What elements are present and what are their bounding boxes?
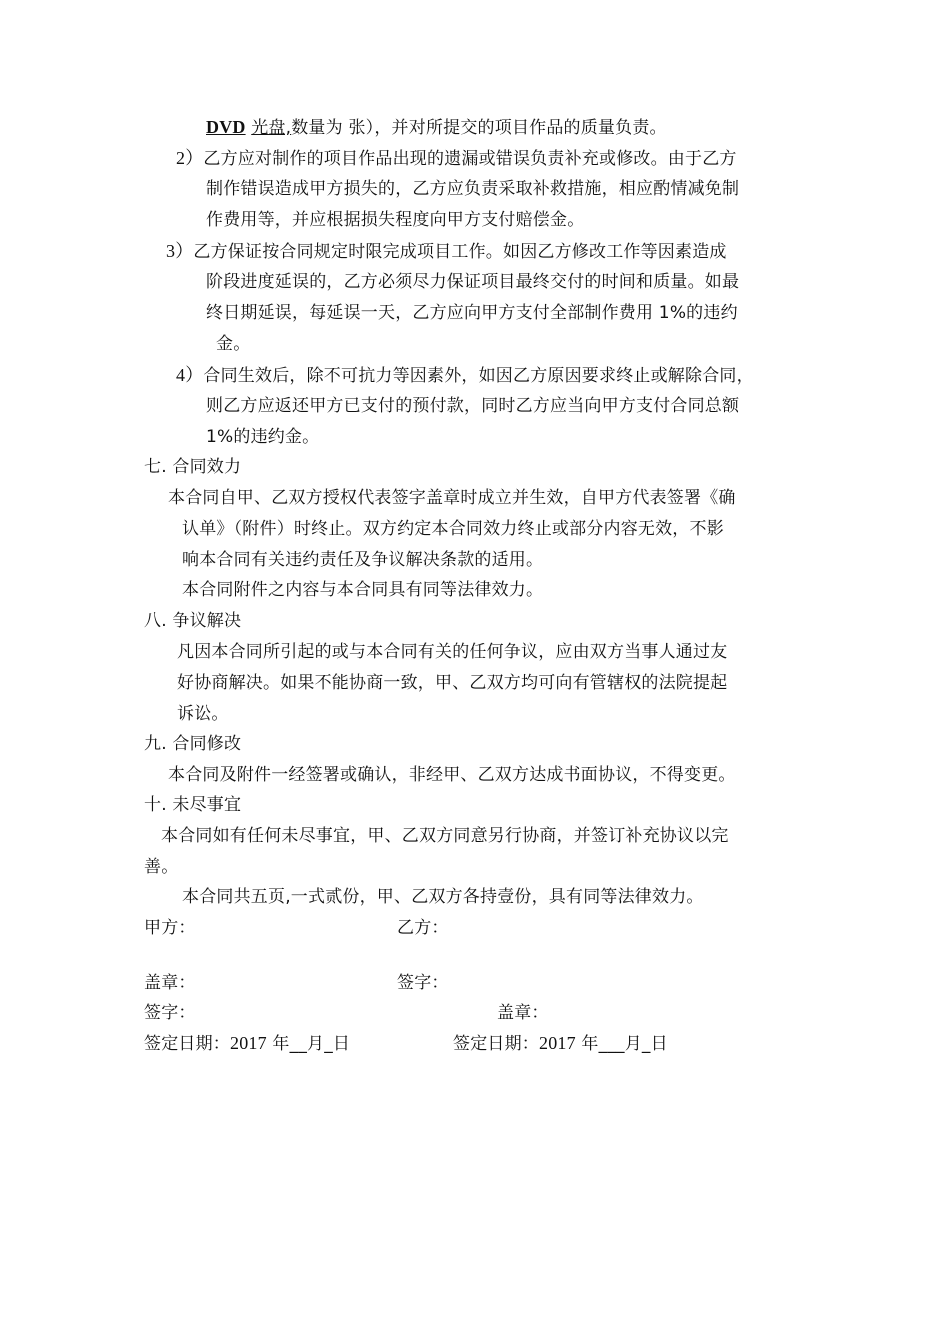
party-a-label: 甲方： — [144, 917, 196, 939]
item-3-number: 3） — [166, 241, 193, 261]
section-8-heading: 八. 争议解决 — [144, 610, 241, 632]
section-10-heading: 十. 未尽事宜 — [144, 794, 241, 816]
section-7-line-4: 本合同附件之内容与本合同具有同等法律效力。 — [182, 579, 543, 601]
item-2-number: 2） — [176, 148, 203, 168]
item-4-line-2: 则乙方应返还甲方已支付的预付款，同时乙方应当向甲方支付合同总额 — [206, 395, 739, 417]
section-8-line-2: 好协商解决。如果不能协商一致，甲、乙双方均可向有管辖权的法院提起 — [177, 672, 727, 694]
item-4-line-1: 4）合同生效后，除不可抗力等因素外，如因乙方原因要求终止或解除合同， — [176, 364, 754, 387]
item-2-line-3: 作费用等，并应根据损失程度向甲方支付赔偿金。 — [206, 209, 584, 231]
section-10-line-2: 善。 — [144, 856, 178, 878]
date-b-rest: 年___月_日 — [581, 1034, 667, 1054]
item-1-rest: 数量为 张），并对所提交的项目作品的质量负责。 — [291, 118, 667, 138]
section-7-line-3: 响本合同有关违约责任及争议解决条款的适用。 — [182, 549, 543, 571]
section-9-line-1: 本合同及附件一经签署或确认，非经甲、乙双方达成书面协议，不得变更。 — [168, 764, 736, 786]
item-4-line-3: 1%的违约金。 — [206, 426, 319, 448]
item-2-line-2: 制作错误造成甲方损失的，乙方应负责采取补救措施，相应酌情减免制 — [206, 178, 739, 200]
section-10-line-1: 本合同如有任何未尽事宜，甲、乙双方同意另行协商，并签订补充协议以完 — [161, 825, 729, 847]
item-2-line-1: 2）乙方应对制作的项目作品出现的遗漏或错误负责补充或修改。由于乙方 — [176, 147, 737, 170]
section-7-line-2: 认单》（附件）时终止。双方约定本合同效力终止或部分内容无效，不影 — [182, 518, 724, 540]
disc-label: 光盘, — [251, 118, 291, 138]
item-3-text: 乙方保证按合同规定时限完成项目工作。如因乙方修改工作等因素造成 — [193, 242, 726, 262]
section-7-line-1: 本合同自甲、乙双方授权代表签字盖章时成立并生效，自甲方代表签署《确 — [168, 487, 736, 509]
date-a: 签定日期：2017 年__月_日 — [144, 1032, 350, 1055]
item-2-text: 乙方应对制作的项目作品出现的遗漏或错误负责补充或修改。由于乙方 — [203, 149, 736, 169]
item-4-text: 合同生效后，除不可抗力等因素外，如因乙方原因要求终止或解除合同， — [203, 366, 753, 386]
section-7-heading: 七. 合同效力 — [144, 456, 241, 478]
item-3-line-3: 终日期延误，每延误一天，乙方应向甲方支付全部制作费用 1%的违约 — [206, 302, 738, 324]
item-3-line-2: 阶段进度延误的，乙方必须尽力保证项目最终交付的时间和质量。如最 — [206, 271, 739, 293]
section-9-heading: 九. 合同修改 — [144, 733, 241, 755]
item-4-number: 4） — [176, 365, 203, 385]
section-10-line-3: 本合同共五页,一式贰份，甲、乙双方各持壹份，具有同等法律效力。 — [182, 886, 704, 908]
item-3-line-4: 金。 — [216, 333, 250, 355]
sign-b-label: 签字： — [397, 972, 449, 994]
date-a-rest: 年__月_日 — [272, 1034, 350, 1054]
dvd-label: DVD — [206, 117, 246, 137]
section-8-line-1: 凡因本合同所引起的或与本合同有关的任何争议，应由双方当事人通过友 — [177, 641, 727, 663]
date-b-year: 2017 — [539, 1033, 576, 1053]
date-a-prefix: 签定日期： — [144, 1034, 230, 1054]
document-page: DVD 光盘,数量为 张），并对所提交的项目作品的质量负责。 2）乙方应对制作的… — [0, 0, 950, 1344]
date-b-prefix: 签定日期： — [453, 1034, 539, 1054]
item-3-line-1: 3）乙方保证按合同规定时限完成项目工作。如因乙方修改工作等因素造成 — [166, 240, 727, 263]
seal-b-label: 盖章： — [497, 1002, 549, 1024]
section-8-line-3: 诉讼。 — [177, 703, 229, 725]
item-1-tail: DVD 光盘,数量为 张），并对所提交的项目作品的质量负责。 — [206, 116, 667, 139]
seal-a-label: 盖章： — [144, 972, 196, 994]
date-a-year: 2017 — [230, 1033, 267, 1053]
party-b-label: 乙方： — [397, 917, 449, 939]
date-b: 签定日期：2017 年___月_日 — [453, 1032, 668, 1055]
sign-a-label: 签字： — [144, 1002, 196, 1024]
